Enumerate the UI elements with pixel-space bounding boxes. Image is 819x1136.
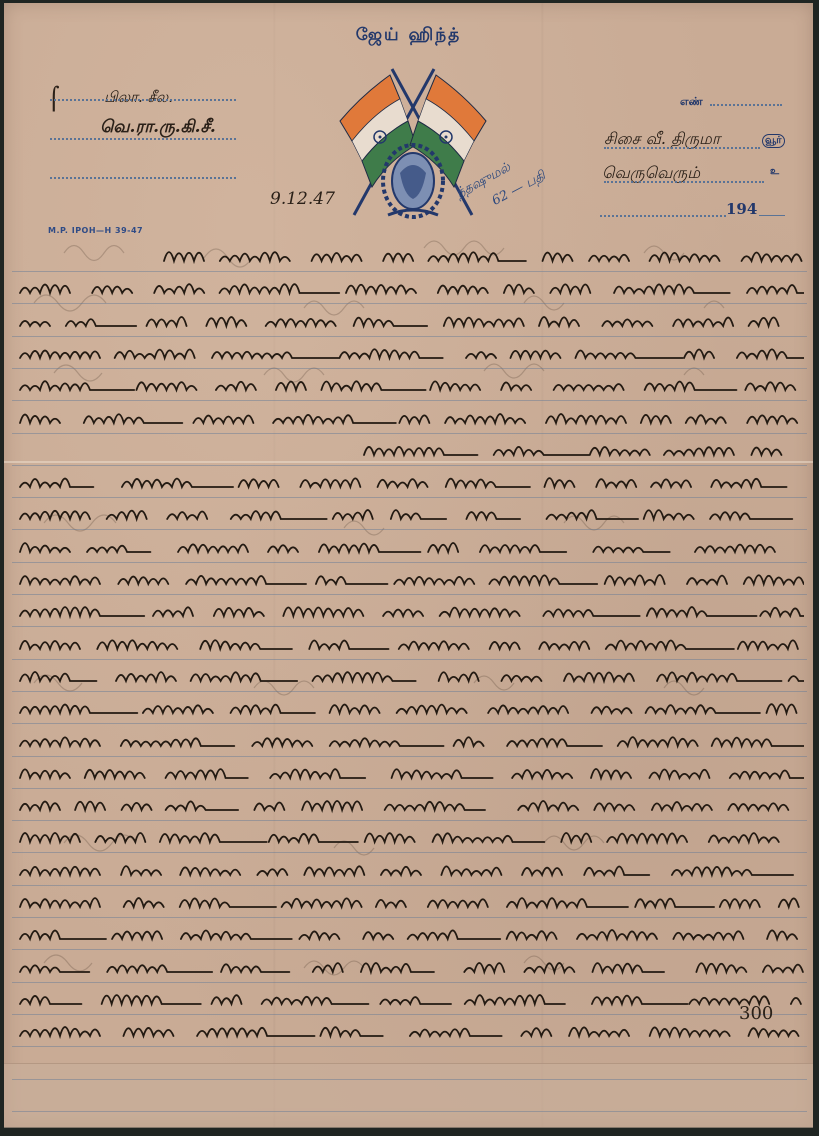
handwritten-line [14,562,804,594]
handwritten-line [14,304,804,336]
handwritten-line [14,724,804,756]
handwritten-line [14,659,804,691]
letter-date: 9.12.47 [270,189,335,209]
handwritten-line [14,433,804,465]
handwritten-line [14,465,804,497]
address-right-dotted-2 [604,181,764,183]
ruled-line [12,1079,807,1080]
handwritten-line [14,530,804,562]
handwritten-line [14,691,804,723]
flags-emblem [322,65,502,225]
handwritten-line [14,239,804,271]
address-right-suffix1: வூர் [762,134,785,148]
handwritten-line [14,853,804,885]
ruled-line [12,1111,807,1112]
address-dotted-line-2 [50,138,236,140]
handwritten-line [14,982,804,1014]
address-left-line1: பிலா. சீல. [104,88,173,108]
number-dotted-line [710,104,782,106]
year-dotted-right [759,215,785,216]
handwritten-line [14,401,804,433]
handwritten-line [14,788,804,820]
address-dotted-line-1 [50,99,236,101]
handwritten-line [14,917,804,949]
handwritten-line [14,271,804,303]
bottom-margin-strip [4,1063,813,1128]
number-label: எண் [680,95,703,110]
year-dotted-left [600,215,726,217]
address-right-dotted-1 [604,147,760,149]
handwritten-line [14,1014,804,1046]
year-prefix: 194 [726,200,757,218]
handwritten-line [14,756,804,788]
handwritten-line [14,368,804,400]
handwritten-line [14,820,804,852]
letterhead-title: ஜேய் ஹிந்த் [4,25,813,47]
handwritten-line [14,950,804,982]
address-right-suffix2: உ [770,166,779,178]
address-dotted-line-3 [50,177,236,179]
handwritten-line [14,627,804,659]
ruled-line [12,1046,807,1047]
letter-sheet: ஜேய் ஹிந்த் ⌠ பிலா. சீல. வெ.ரா.ரு.கி.சீ.… [4,3,813,1127]
address-left-line2: வெ.ரா.ரு.கி.சீ. [100,117,216,139]
legible-number-300: 300 [739,1003,773,1024]
handwritten-line [14,336,804,368]
handwritten-line [14,885,804,917]
handwritten-line [14,594,804,626]
handwritten-line [14,497,804,529]
printer-code: M.P. IPOH—H 39-47 [48,226,143,235]
